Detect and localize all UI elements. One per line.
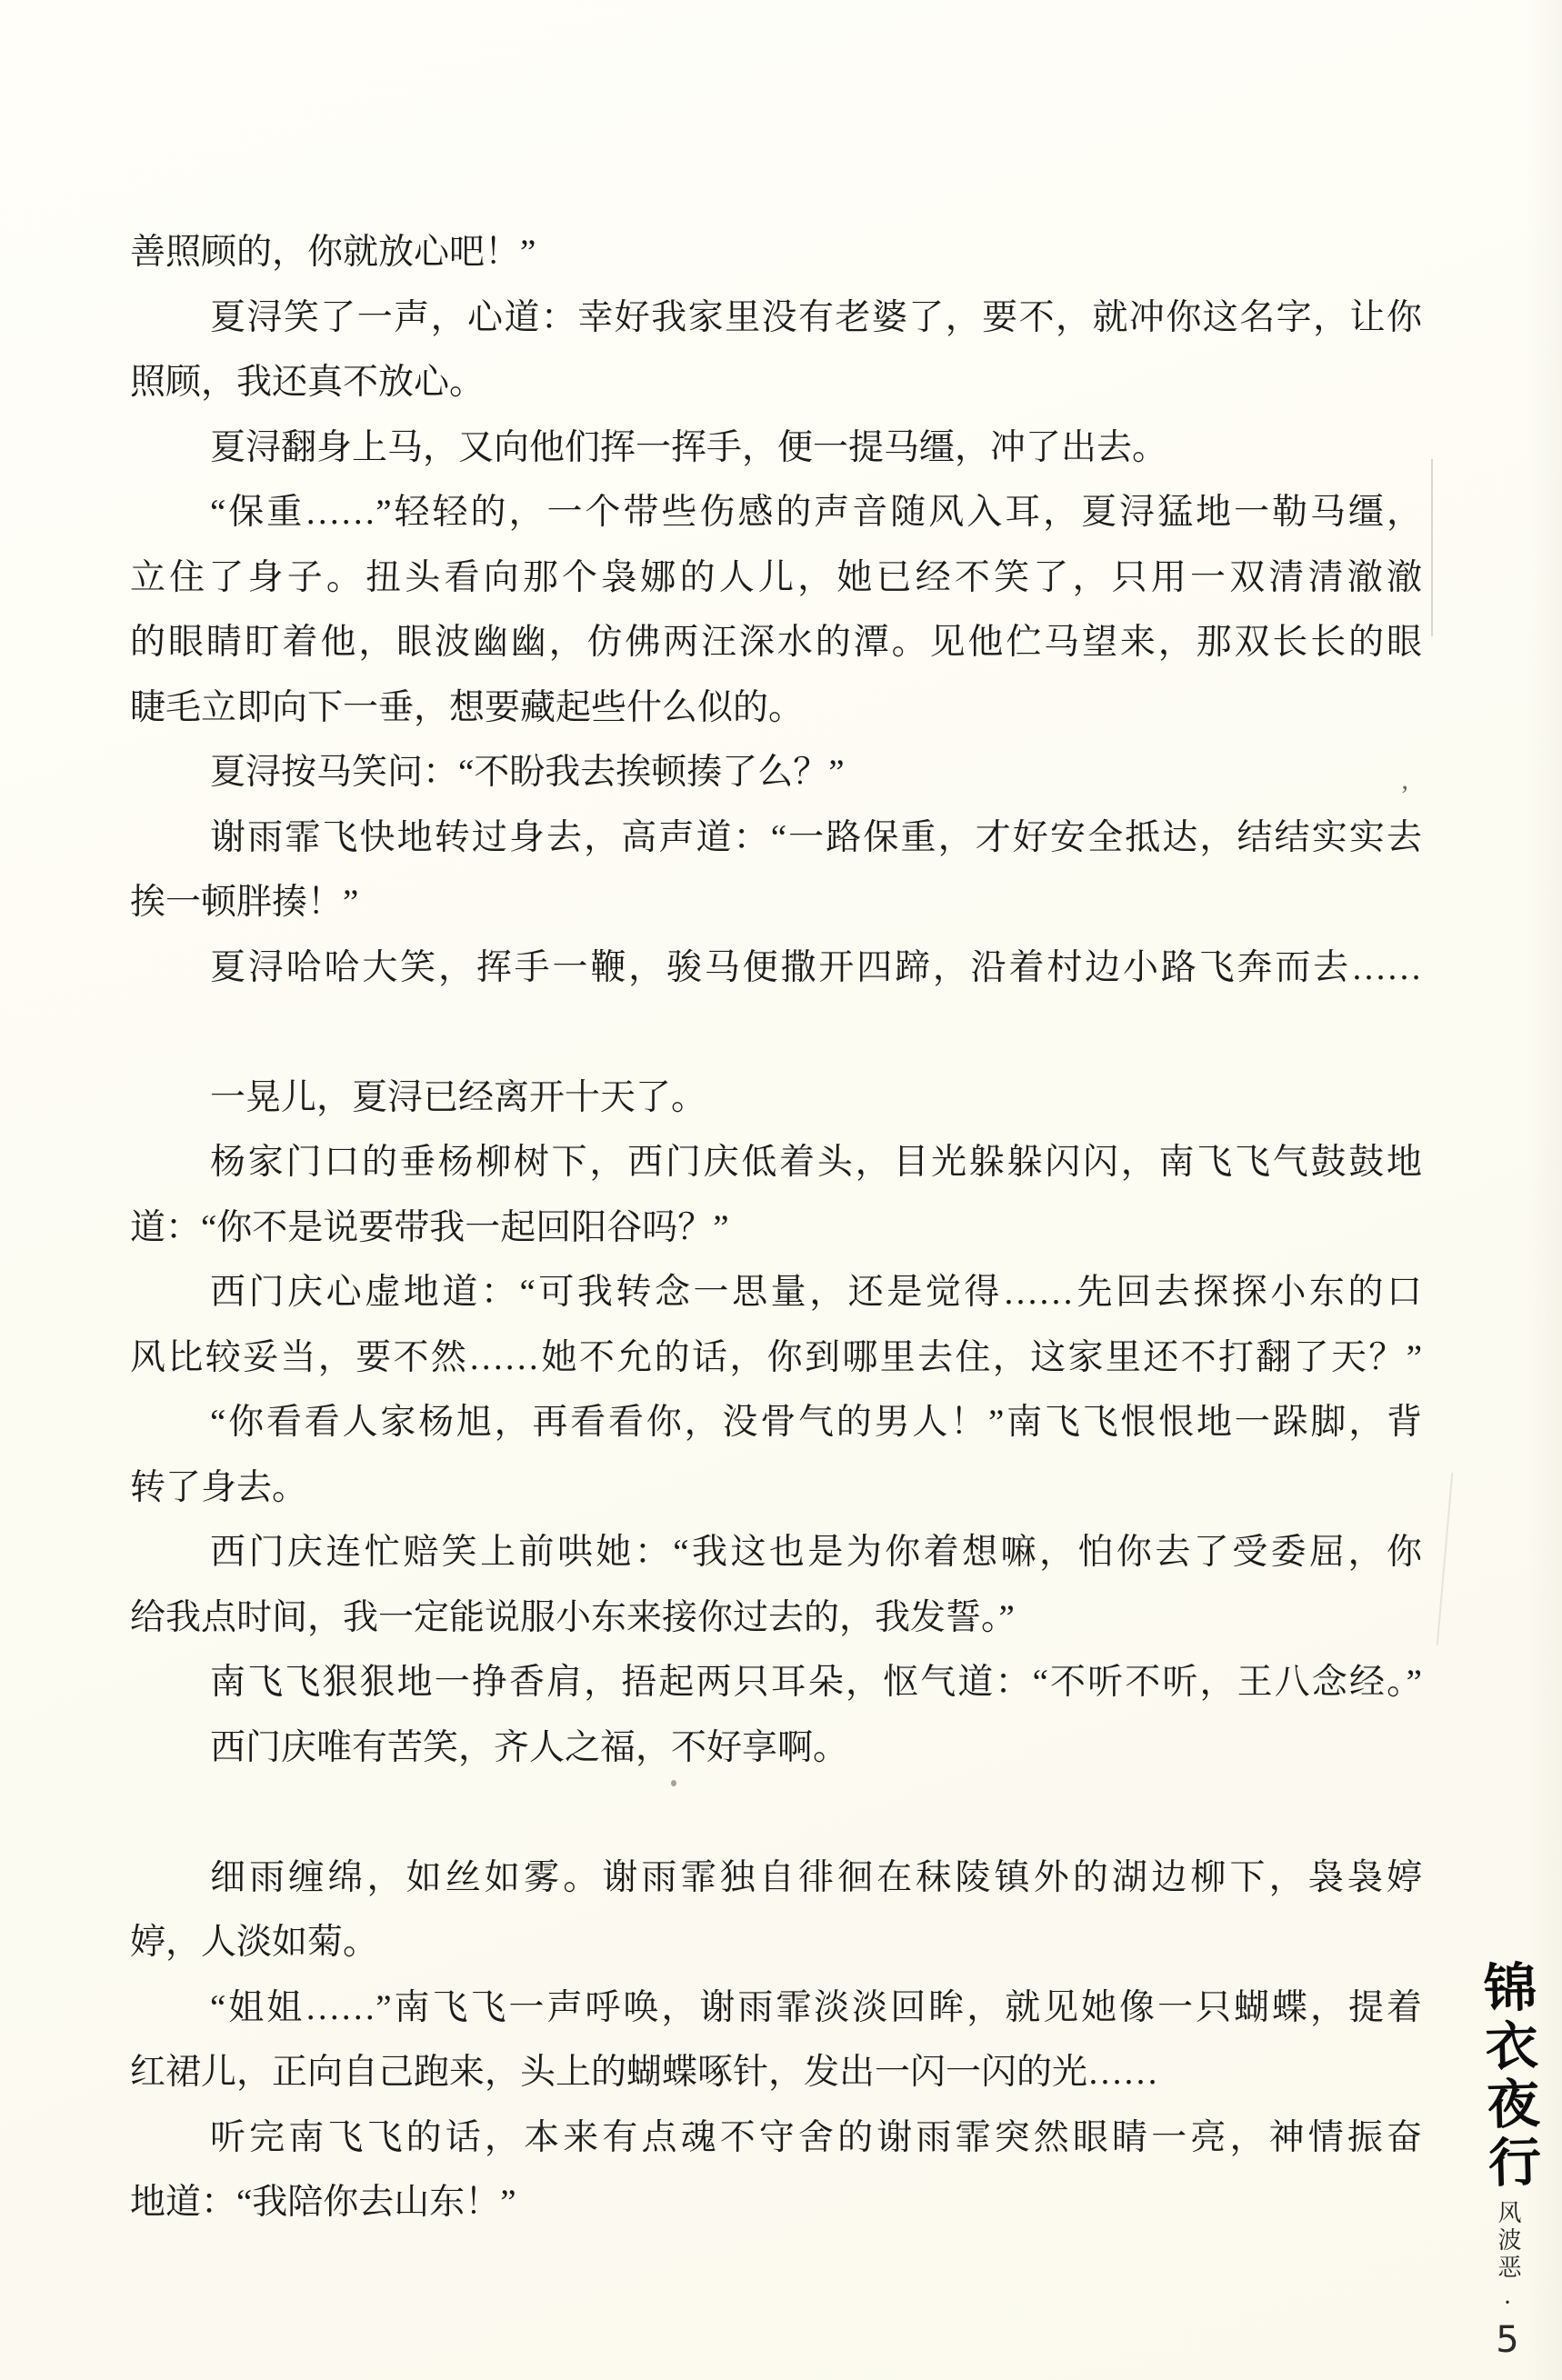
blank-line xyxy=(130,1780,1422,1845)
text-line: 杨家门口的垂杨柳树下，西门庆低着头，目光躲躲闪闪，南飞飞气鼓鼓地 xyxy=(130,1130,1422,1195)
scan-speck-apostrophe: ’ xyxy=(1400,780,1409,811)
text-line: 照顾，我还真不放心。 xyxy=(130,350,1422,415)
page-number: 5 xyxy=(1496,2322,1518,2358)
text-line: 立住了身子。扭头看向那个袅娜的人儿，她已经不笑了，只用一双清清澈澈 xyxy=(130,545,1422,611)
text-line: 西门庆心虚地道：“可我转念一思量，还是觉得……先回去探探小东的口 xyxy=(130,1260,1422,1325)
text-line: 转了身去。 xyxy=(130,1455,1422,1521)
blank-line xyxy=(130,1000,1422,1065)
separator-dot: · xyxy=(1503,2291,1511,2316)
text-line: “姐姐……”南飞飞一声呼唤，谢雨霏淡淡回眸，就见她像一只蝴蝶，提着 xyxy=(130,1975,1422,2041)
text-line: 谢雨霏飞快地转过身去，高声道：“一路保重，才好安全抵达，结结实实去 xyxy=(130,805,1422,871)
text-line: 细雨缠绵，如丝如雾。谢雨霏独自徘徊在秣陵镇外的湖边柳下，袅袅婷 xyxy=(130,1845,1422,1911)
text-line: “你看看人家杨旭，再看看你，没骨气的男人！”南飞飞恨恨地一跺脚，背 xyxy=(130,1390,1422,1455)
text-line: 夏浔哈哈大笑，挥手一鞭，骏马便撒开四蹄，沿着村边小路飞奔而去…… xyxy=(130,935,1422,1001)
scan-edge-shade xyxy=(1526,0,1562,2380)
text-line: “保重……”轻轻的，一个带些伤感的声音随风入耳，夏浔猛地一勒马缰， xyxy=(130,480,1422,545)
text-line: 睫毛立即向下一垂，想要藏起些什么似的。 xyxy=(130,675,1422,741)
text-line: 夏浔笑了一声，心道：幸好我家里没有老婆了，要不，就冲你这名字，让你 xyxy=(130,285,1422,351)
text-line: 西门庆唯有苦笑，齐人之福，不好享啊。 xyxy=(130,1715,1422,1781)
text-line: 挨一顿胖揍！” xyxy=(130,870,1422,935)
text-line: 婷，人淡如菊。 xyxy=(130,1910,1422,1975)
text-line: 道：“你不是说要带我一起回阳谷吗？” xyxy=(130,1195,1422,1261)
book-page: 善照顾的，你就放心吧！” 夏浔笑了一声，心道：幸好我家里没有老婆了，要不，就冲你… xyxy=(0,0,1562,2380)
text-line: 的眼睛盯着他，眼波幽幽，仿佛两汪深水的潭。见他伫马望来，那双长长的眼 xyxy=(130,610,1422,675)
scan-speck xyxy=(671,1780,676,1786)
text-line: 给我点时间，我一定能说服小东来接你过去的，我发誓。” xyxy=(130,1585,1422,1651)
text-line: 夏浔按马笑问：“不盼我去挨顿揍了么？” xyxy=(130,740,1422,805)
text-line: 夏浔翻身上马，又向他们挥一挥手，便一提马缰，冲了出去。 xyxy=(130,415,1422,481)
text-line: 风比较妥当，要不然……她不允的话，你到哪里去住，这家里还不打翻了天？” xyxy=(130,1325,1422,1391)
text-line: 一晃儿，夏浔已经离开十天了。 xyxy=(130,1065,1422,1131)
scan-crease xyxy=(1437,1473,1454,1645)
text-line: 善照顾的，你就放心吧！” xyxy=(130,220,1422,285)
text-line: 南飞飞狠狠地一挣香肩，捂起两只耳朵，怄气道：“不听不听，王八念经。” xyxy=(130,1650,1422,1715)
scan-crease xyxy=(1431,459,1433,636)
text-column: 善照顾的，你就放心吧！” 夏浔笑了一声，心道：幸好我家里没有老婆了，要不，就冲你… xyxy=(130,220,1422,2235)
text-line: 红裙儿，正向自己跑来，头上的蝴蝶啄针，发出一闪一闪的光…… xyxy=(130,2040,1422,2105)
text-line: 西门庆连忙赔笑上前哄她：“我这也是为你着想嘛，怕你去了受委屈，你 xyxy=(130,1520,1422,1585)
text-line: 听完南飞飞的话，本来有点魂不守舍的谢雨霏突然眼睛一亮，神情振奋 xyxy=(130,2105,1422,2171)
series-title: 风波恶 xyxy=(1496,2200,1519,2282)
text-line: 地道：“我陪你去山东！” xyxy=(130,2170,1422,2235)
